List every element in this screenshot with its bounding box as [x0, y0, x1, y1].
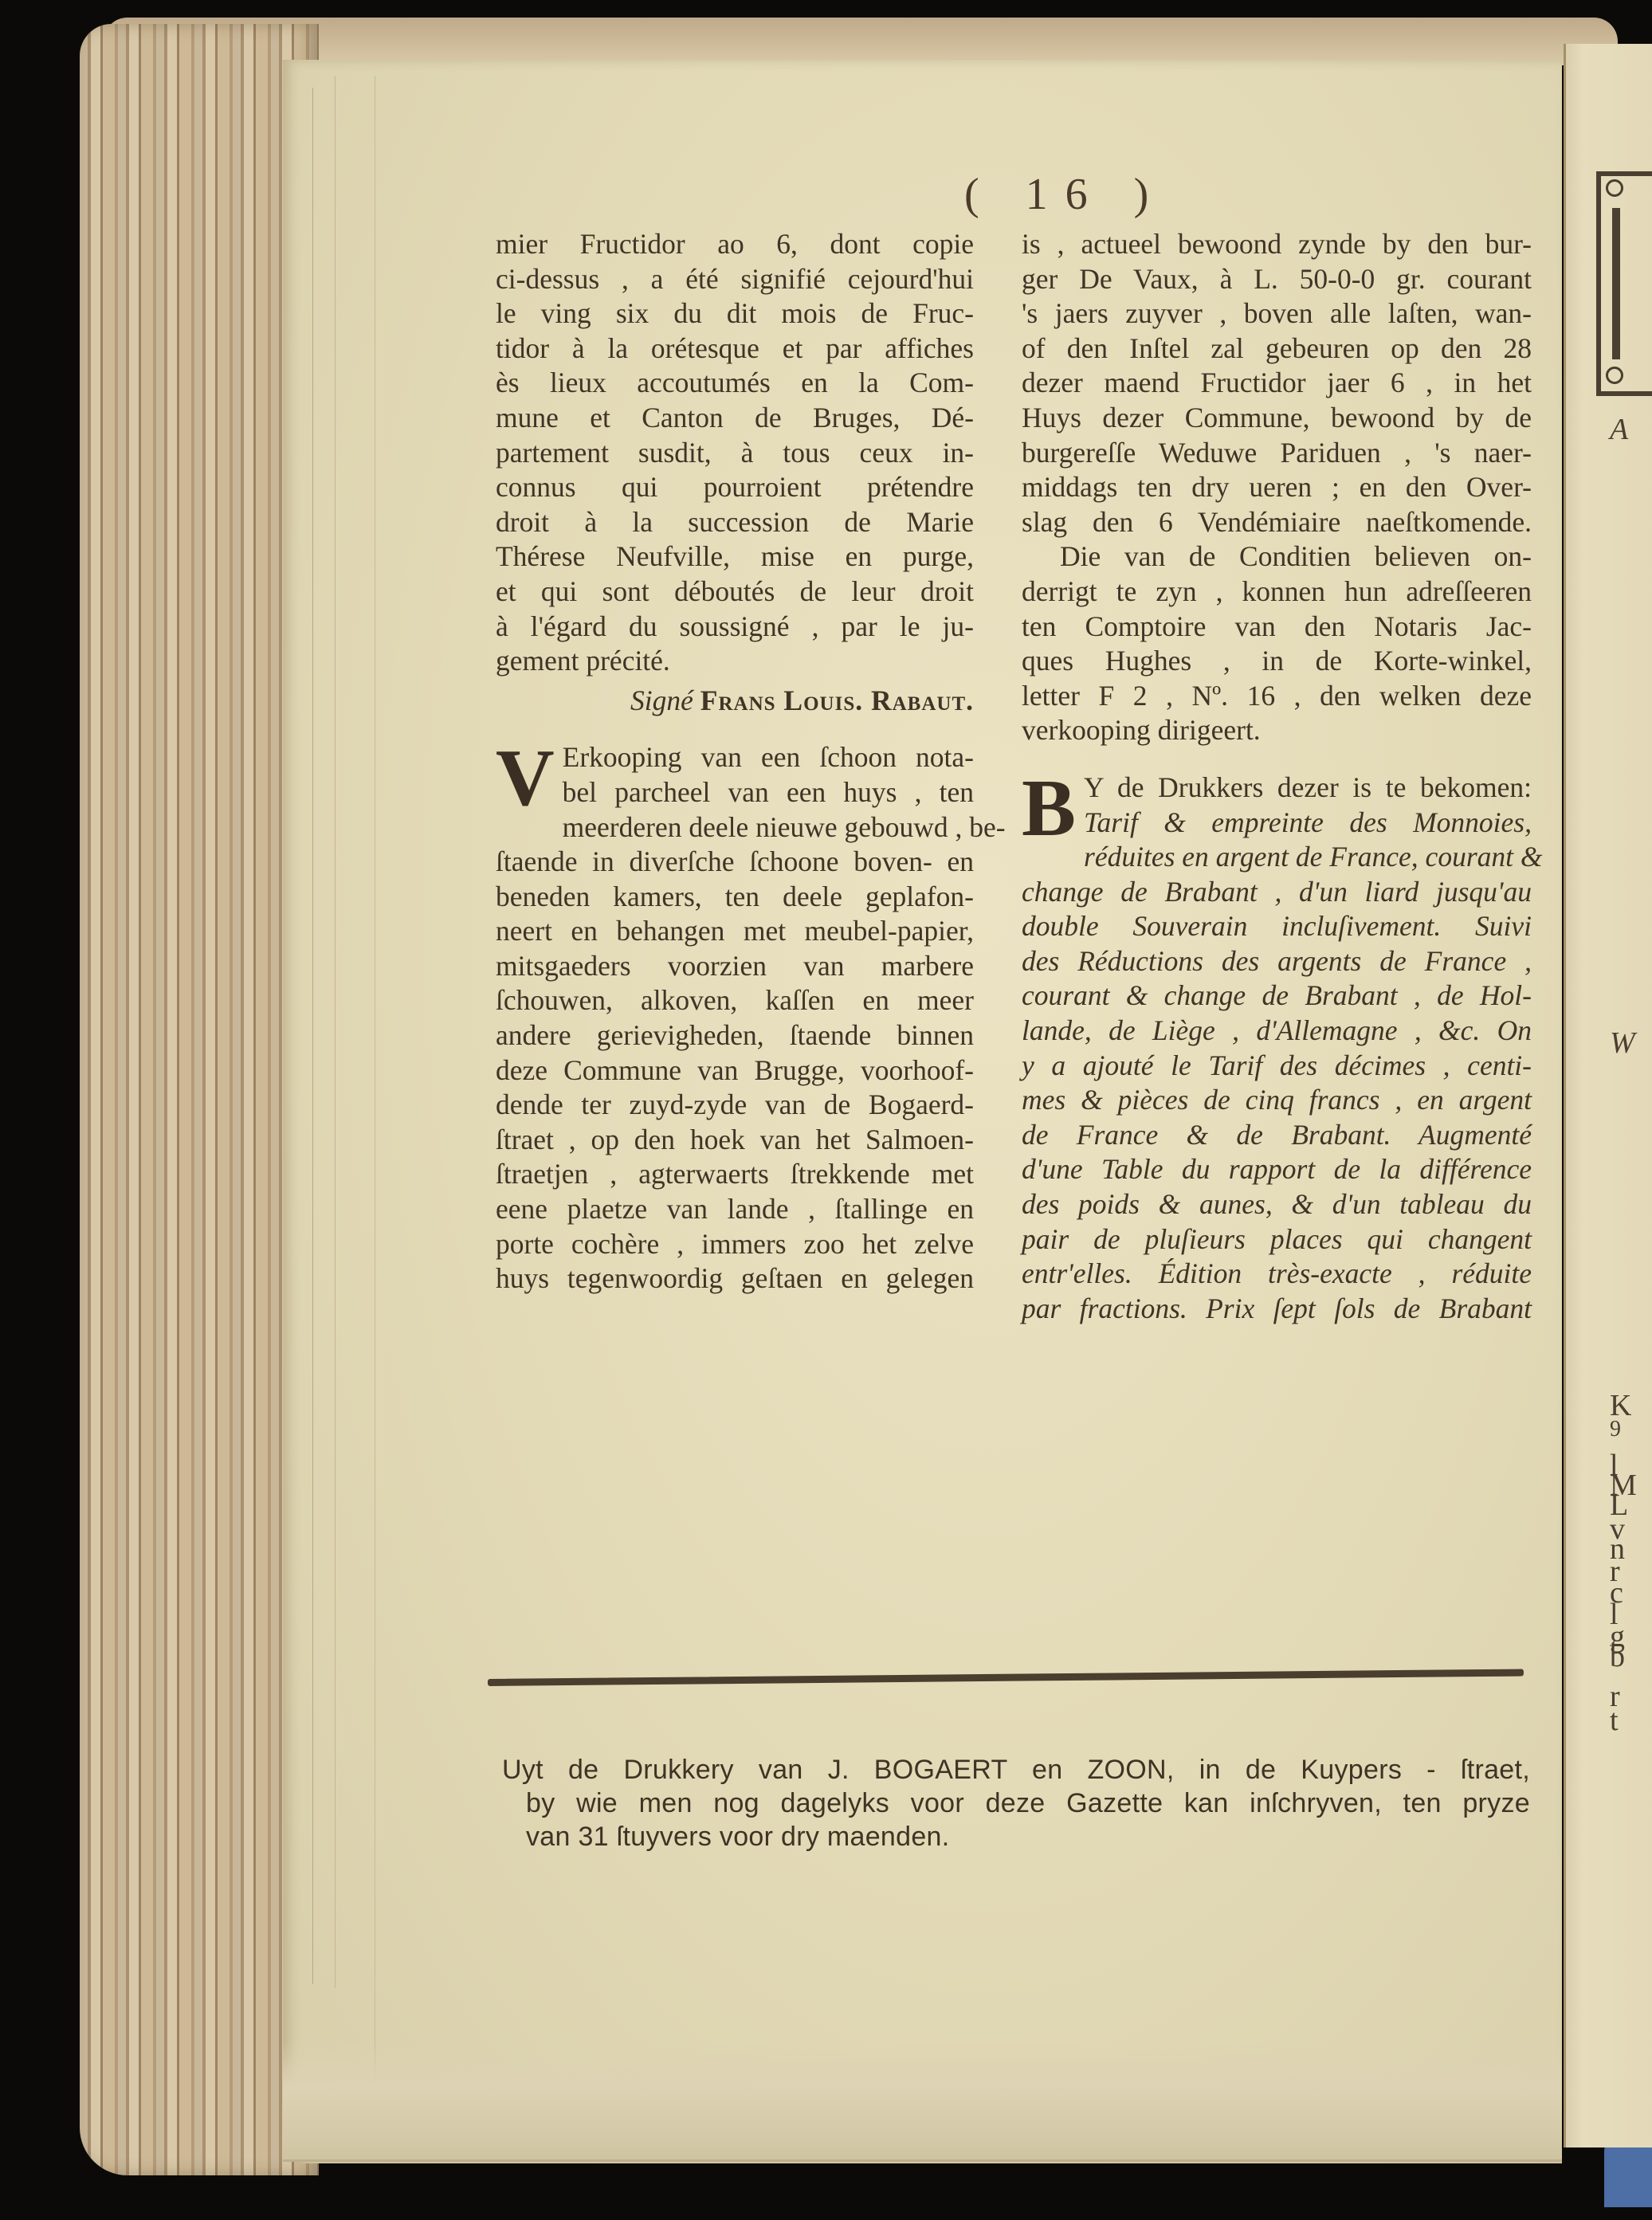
text-line: mier Fructidor ao 6, dont copie	[496, 227, 974, 262]
text-line: pair de pluſieurs places qui changent	[1022, 1222, 1532, 1257]
text-line: ſtaende in diverſche ſchoone boven- en	[496, 845, 974, 880]
adjacent-glyph: t	[1610, 1705, 1619, 1736]
text-line: mes & pièces de cinq francs , en argent	[1022, 1083, 1532, 1118]
text-line: Y de Drukkers dezer is te bekomen:	[1022, 771, 1532, 806]
text-line: change de Brabant , d'un liard jusqu'au	[1022, 875, 1532, 910]
printer-advertisement: B Y de Drukkers dezer is te bekomen: Tar…	[1022, 771, 1532, 1327]
page-edge-line	[375, 76, 375, 2116]
page-number: ( 16 )	[964, 169, 1166, 220]
text-line: letter F 2 , Nº. 16 , den welken deze	[1022, 679, 1532, 714]
text-line: dezer maend Fructidor jaer 6 , in het	[1022, 366, 1532, 401]
adjacent-glyph: W	[1610, 1028, 1635, 1058]
dropcap: B	[1022, 777, 1076, 841]
imprint-line: van 31 ſtuyvers voor dry maenden.	[502, 1820, 1530, 1853]
adjacent-glyph: 9	[1610, 1418, 1621, 1441]
text-line: Erkooping van een ſchoon nota-	[496, 740, 974, 775]
text-line: ques Hughes , in de Korte-winkel,	[1022, 644, 1532, 679]
text-line: partement susdit, à tous ceux in-	[496, 436, 974, 471]
signature: Signé Frans Louis. Rabaut.	[496, 684, 974, 719]
text-line: des Réductions des argents de France ,	[1022, 944, 1532, 979]
text-line: Tarif & empreinte des Monnoies,	[1022, 806, 1532, 841]
text-line: ger De Vaux, à L. 50-0-0 gr. courant	[1022, 262, 1532, 297]
text-line: andere gerievigheden, ſtaende binnen	[496, 1018, 974, 1053]
printer-imprint: Uyt de Drukkery van J. BOGAERT en ZOON, …	[502, 1753, 1530, 1853]
text-line: of den Inſtel zal gebeuren op den 28	[1022, 331, 1532, 367]
text-line: bel parcheel van een huys , ten	[496, 775, 974, 810]
text-line: mune et Canton de Bruges, Dé-	[496, 401, 974, 436]
adjacent-glyph: A	[1610, 414, 1628, 445]
text-line: de France & de Brabant. Augmenté	[1022, 1118, 1532, 1153]
text-line: et qui sont déboutés de leur droit	[496, 575, 974, 610]
text-line: Thérese Neufville, mise en purge,	[496, 539, 974, 575]
text-line: réduites en argent de France, courant &	[1022, 840, 1532, 875]
page-edge-line	[335, 76, 336, 1988]
imprint-line: by wie men nog dagelyks voor deze Gazett…	[502, 1787, 1530, 1820]
text-line: neert en behangen met meubel-papier,	[496, 914, 974, 949]
text-line: middags ten dry ueren ; en den Over-	[1022, 470, 1532, 505]
text-line: double Souverain incluſivement. Suivi	[1022, 909, 1532, 944]
text-line: à l'égard du soussigné , par le ju-	[496, 610, 974, 645]
text-line: ten Comptoire van den Notaris Jac-	[1022, 610, 1532, 645]
text-line: par fractions. Prix ſept ſols de Brabant	[1022, 1292, 1532, 1327]
text-line: derrigt te zyn , konnen hun adreſſeeren	[1022, 575, 1532, 610]
text-line: tidor à la orétesque et par affiches	[496, 331, 974, 367]
adjacent-page: A W K 9 l M L v n r c l g b r t	[1564, 44, 1652, 2147]
text-line: Die van de Conditien believen on-	[1022, 539, 1532, 575]
text-line: 's jaers zuyver , boven alle laſten, wan…	[1022, 296, 1532, 331]
property-sale-notice: V Erkooping van een ſchoon nota- bel par…	[496, 740, 974, 1296]
text-line: droit à la succession de Marie	[496, 505, 974, 540]
right-column: is , actueel bewoond zynde by den bur- g…	[1022, 227, 1532, 1326]
text-line: lande, de Liège , d'Allemagne , &c. On	[1022, 1014, 1532, 1049]
torn-page-bottom	[283, 2040, 1562, 2162]
text-line: is , actueel bewoond zynde by den bur-	[1022, 227, 1532, 262]
text-line: dende ter zuyd-zyde van de Bogaerd-	[496, 1088, 974, 1123]
text-line: d'une Table du rapport de la différence	[1022, 1152, 1532, 1187]
text-line: connus qui pourroient prétendre	[496, 470, 974, 505]
dropcap: V	[496, 747, 555, 810]
ornament-dot-icon	[1606, 179, 1623, 197]
page-stack-top-edge	[104, 18, 1618, 65]
ornament-frame	[1596, 171, 1652, 396]
legal-notice: mier Fructidor ao 6, dont copie ci-dessu…	[496, 227, 974, 679]
text-line: ſchouwen, alkoven, kaſſen en meer	[496, 983, 974, 1018]
text-line: porte cochère , immers zoo het zelve	[496, 1227, 974, 1262]
signature-lead: Signé	[630, 684, 693, 716]
left-column: mier Fructidor ao 6, dont copie ci-dessu…	[496, 227, 974, 1296]
text-line: ès lieux accoutumés en la Com-	[496, 366, 974, 401]
conditions-notice: Die van de Conditien believen on- derrig…	[1022, 539, 1532, 748]
text-line: meerderen deele nieuwe gebouwd , be-	[496, 810, 974, 845]
ornament-dot-icon	[1606, 367, 1623, 384]
signature-name: Frans Louis. Rabaut.	[700, 684, 974, 716]
text-line: des poids & aunes, & d'un tableau du	[1022, 1187, 1532, 1222]
text-line: eene plaetze van lande , ſtallinge en	[496, 1192, 974, 1227]
text-line: mitsgaeders voorzien van marbere	[496, 949, 974, 984]
sale-notice-continued: is , actueel bewoond zynde by den bur- g…	[1022, 227, 1532, 539]
text-line: huys tegenwoordig geſtaen en gelegen	[496, 1261, 974, 1296]
text-line: le ving six du dit mois de Fruc-	[496, 296, 974, 331]
text-line: Huys dezer Commune, bewoond by de	[1022, 401, 1532, 436]
page-edge-line	[312, 88, 313, 1984]
text-line: burgereſſe Weduwe Pariduen , 's naer-	[1022, 436, 1532, 471]
adjacent-glyph: b	[1610, 1641, 1625, 1672]
text-line: gement précité.	[496, 644, 974, 679]
text-line: slag den 6 Vendémiaire naeſtkomende.	[1022, 505, 1532, 540]
text-line: deze Commune van Brugge, voorhoof-	[496, 1053, 974, 1088]
text-line: y a ajouté le Tarif des décimes , centi-	[1022, 1049, 1532, 1084]
text-line: ſtraetjen , agterwaerts ſtrekkende met	[496, 1157, 974, 1192]
text-line: ci-dessus , a été signifié cejourd'hui	[496, 262, 974, 297]
text-line: entr'elles. Édition très-exacte , réduit…	[1022, 1257, 1532, 1292]
text-line: courant & change de Brabant , de Hol-	[1022, 979, 1532, 1014]
text-line: ſtraet , op den hoek van het Salmoen-	[496, 1123, 974, 1158]
text-line: beneden kamers, ten deele geplafon-	[496, 880, 974, 915]
text-line: verkooping dirigeert.	[1022, 713, 1532, 748]
imprint-line: Uyt de Drukkery van J. BOGAERT en ZOON, …	[502, 1753, 1530, 1787]
